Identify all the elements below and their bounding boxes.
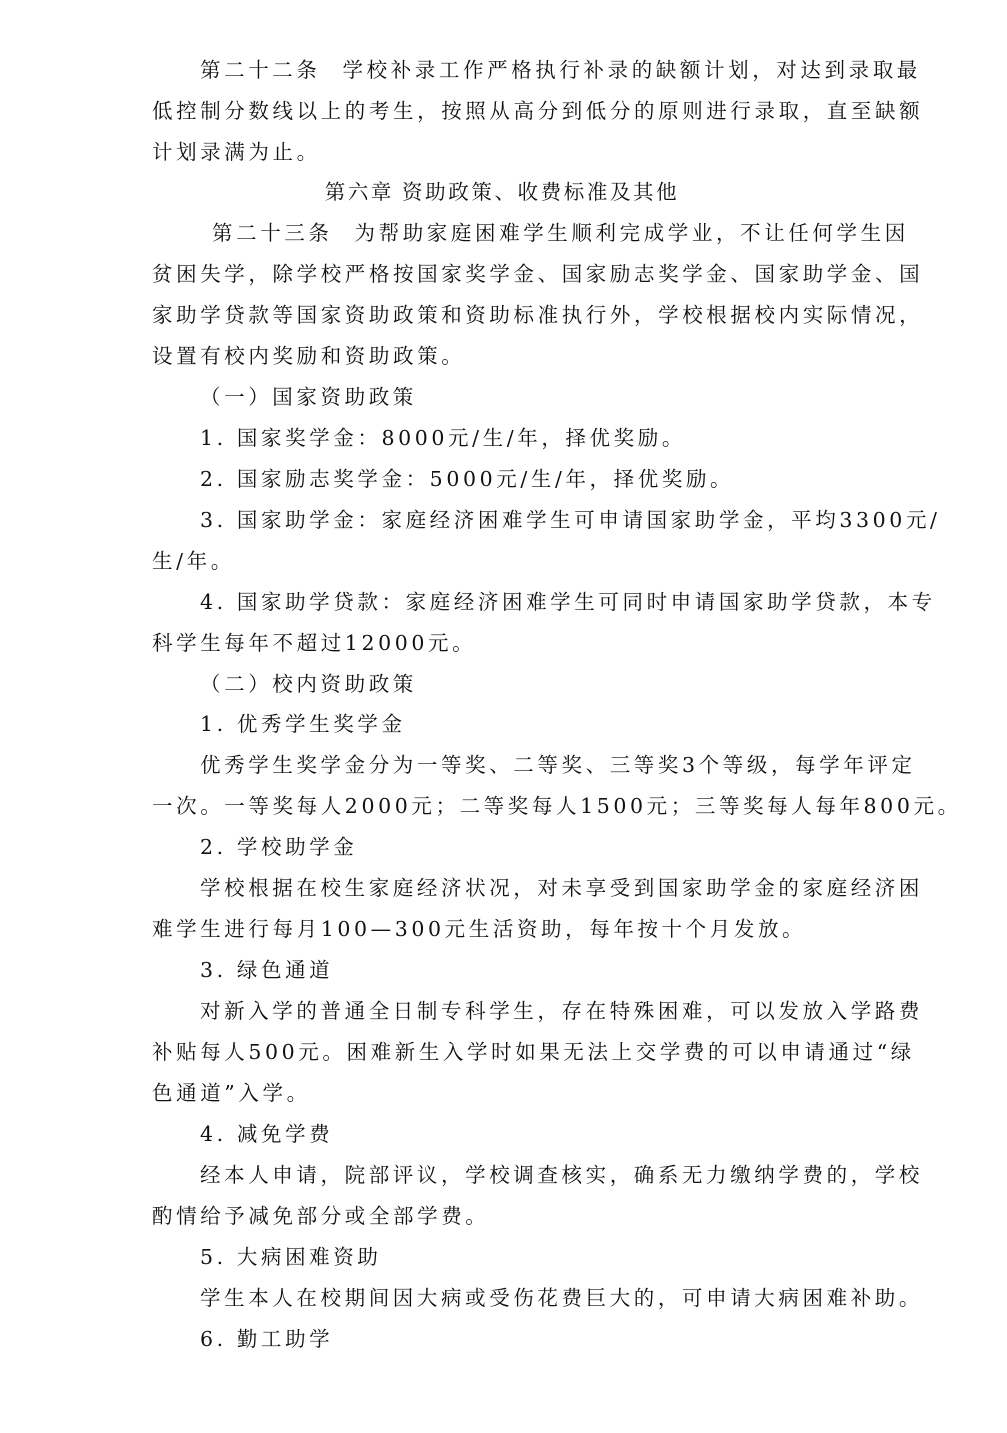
section-2-item-5-title: 5. 大病困难资助 xyxy=(200,1243,852,1271)
section-2-item-2-line-1: 学校根据在校生家庭经济状况，对未享受到国家助学金的家庭经济困 xyxy=(200,874,852,902)
article-23-line-2: 贫困失学，除学校严格按国家奖学金、国家励志奖学金、国家助学金、国 xyxy=(152,260,852,288)
section-2-heading: （二）校内资助政策 xyxy=(200,670,852,698)
chapter-6-heading: 第六章资助政策、收费标准及其他 xyxy=(152,178,852,206)
section-2-item-1-line-1: 优秀学生奖学金分为一等奖、二等奖、三等奖3个等级，每学年评定 xyxy=(200,751,852,779)
article-22-line-2: 低控制分数线以上的考生，按照从高分到低分的原则进行录取，直至缺额 xyxy=(152,97,852,125)
section-1-item-2: 2. 国家励志奖学金：5000元/生/年，择优奖励。 xyxy=(200,465,852,493)
section-2-item-4-line-2: 酌情给予减免部分或全部学费。 xyxy=(152,1202,852,1230)
section-2-item-4-line-1: 经本人申请，院部评议，学校调查核实，确系无力缴纳学费的，学校 xyxy=(200,1161,852,1189)
article-22-line-1: 第二十二条学校补录工作严格执行补录的缺额计划，对达到录取最 xyxy=(200,56,852,84)
section-2-item-3-line-3: 色通道”入学。 xyxy=(152,1079,852,1107)
section-1-heading: （一）国家资助政策 xyxy=(200,383,852,411)
section-1-item-3-line-1: 3. 国家助学金：家庭经济困难学生可申请国家助学金，平均3300元/ xyxy=(200,506,852,534)
article-23-line-3: 家助学贷款等国家资助政策和资助标准执行外，学校根据校内实际情况， xyxy=(152,301,852,329)
section-2-item-5-line-1: 学生本人在校期间因大病或受伤花费巨大的，可申请大病困难补助。 xyxy=(200,1284,852,1312)
section-2-item-1-line-2: 一次。一等奖每人2000元；二等奖每人1500元；三等奖每人每年800元。 xyxy=(152,792,852,820)
document-page: 第二十二条学校补录工作严格执行补录的缺额计划，对达到录取最 低控制分数线以上的考… xyxy=(0,0,1007,1433)
section-2-item-2-line-2: 难学生进行每月100—300元生活资助，每年按十个月发放。 xyxy=(152,915,852,943)
article-23-line-1: 第二十三条为帮助家庭困难学生顺利完成学业，不让任何学生因 xyxy=(212,219,852,247)
section-2-item-2-title: 2. 学校助学金 xyxy=(200,833,852,861)
section-1-item-1: 1. 国家奖学金：8000元/生/年，择优奖励。 xyxy=(200,424,852,452)
section-2-item-6-title: 6. 勤工助学 xyxy=(200,1325,852,1353)
article-22-label: 第二十二条 xyxy=(200,56,321,84)
section-2-item-1-title: 1. 优秀学生奖学金 xyxy=(200,710,852,738)
chapter-title: 资助政策、收费标准及其他 xyxy=(402,180,679,204)
section-2-item-3-title: 3. 绿色通道 xyxy=(200,956,852,984)
section-1-item-4-line-1: 4. 国家助学贷款：家庭经济困难学生可同时申请国家助学贷款，本专 xyxy=(200,588,852,616)
article-23-text: 为帮助家庭困难学生顺利完成学业，不让任何学生因 xyxy=(355,221,909,245)
article-23-line-4: 设置有校内奖励和资助政策。 xyxy=(152,342,852,370)
section-2-item-3-line-2: 补贴每人500元。困难新生入学时如果无法上交学费的可以申请通过“绿 xyxy=(152,1038,852,1066)
section-1-item-3-line-2: 生/年。 xyxy=(152,547,852,575)
article-22-line-3: 计划录满为止。 xyxy=(152,138,852,166)
article-22-text: 学校补录工作严格执行补录的缺额计划，对达到录取最 xyxy=(343,58,921,82)
article-23-label: 第二十三条 xyxy=(212,219,333,247)
section-1-item-4-line-2: 科学生每年不超过12000元。 xyxy=(152,629,852,657)
section-2-item-3-line-1: 对新入学的普通全日制专科学生，存在特殊困难，可以发放入学路费 xyxy=(200,997,852,1025)
section-2-item-4-title: 4. 减免学费 xyxy=(200,1120,852,1148)
chapter-number: 第六章 xyxy=(325,178,394,206)
